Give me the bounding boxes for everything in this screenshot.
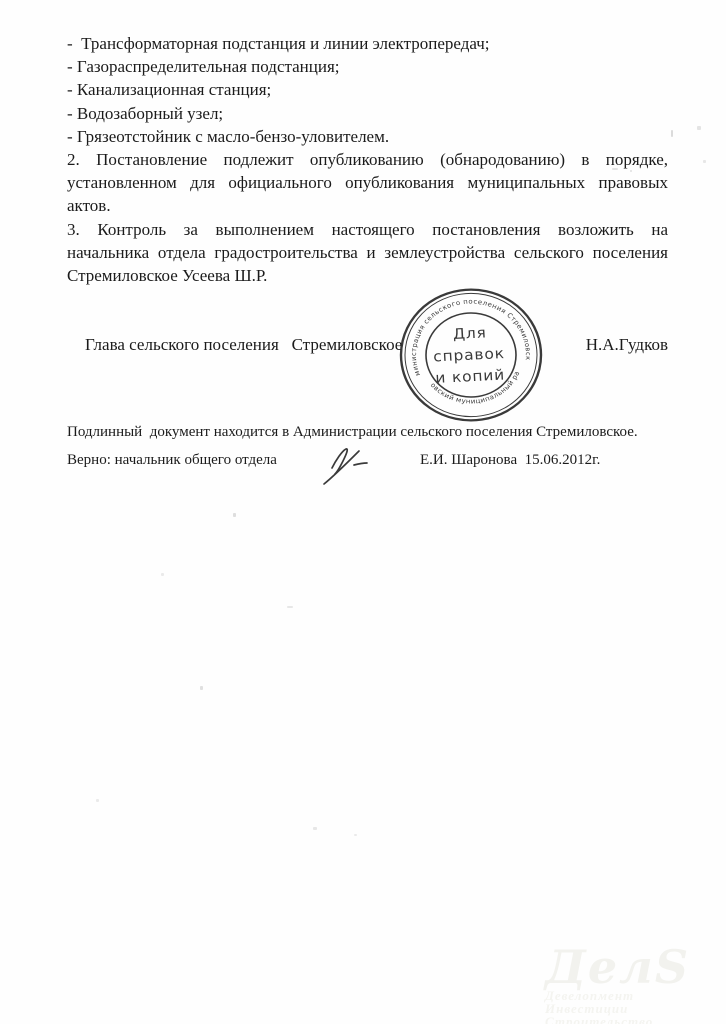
scan-speck [233, 513, 236, 517]
clause3-line2: начальника отдела градостроительства и з… [67, 241, 668, 264]
watermark: ДелS Девелопмент Инвестиции Строительств… [545, 945, 726, 1024]
list-item-sump: - Грязеотстойник с масло-бензо-уловителе… [67, 125, 668, 148]
document-body: - Трансформаторная подстанция и линии эл… [67, 32, 668, 287]
stamp-center-line3: и копий [435, 366, 506, 387]
scan-speck [313, 827, 317, 830]
signatory-title: Глава сельского поселения Стремиловское [67, 335, 402, 355]
scan-speck [703, 160, 706, 163]
signatory-name: Н.А.Гудков [586, 335, 668, 355]
scan-speck [612, 168, 618, 170]
certifier-title: Верно: начальник общего отдела [67, 452, 277, 468]
scan-speck [287, 606, 293, 608]
scan-speck [200, 686, 203, 690]
scan-speck [697, 126, 701, 130]
watermark-line3: Строительство [545, 1015, 726, 1024]
stamp-center-line2: справок [433, 345, 505, 366]
official-round-stamp-icon: Администрация сельского поселения Стреми… [396, 285, 546, 425]
scan-speck [161, 573, 164, 576]
list-item-gas: - Газораспределительная подстанция; [67, 55, 668, 78]
clause3-line3: Стремиловское Усеева Ш.Р. [67, 264, 668, 287]
watermark-line1: Девелопмент [545, 989, 726, 1002]
scan-speck [96, 799, 99, 802]
clause2-line2: установленном для официального опубликов… [67, 171, 668, 194]
certifier-name-date: Е.И. Шаронова 15.06.2012г. [420, 449, 600, 471]
watermark-line2: Инвестиции [545, 1002, 726, 1015]
scan-speck [671, 130, 673, 137]
clause3-line1: 3. Контроль за выполнением настоящего по… [67, 218, 668, 241]
stamp-center-line1: Для [452, 324, 487, 343]
list-item-transformer: - Трансформаторная подстанция и линии эл… [67, 32, 668, 55]
list-item-water: - Водозаборный узел; [67, 102, 668, 125]
clause2-line1: 2. Постановление подлежит опубликованию … [67, 148, 668, 171]
list-item-sewage: - Канализационная станция; [67, 78, 668, 101]
scanned-document-page: - Трансформаторная подстанция и линии эл… [0, 0, 726, 1024]
scan-speck [630, 170, 632, 172]
signature-row: Глава сельского поселения Стремиловское … [67, 335, 668, 355]
watermark-logo: ДелS [545, 945, 726, 989]
scan-speck [354, 834, 357, 836]
clause2-line3: актов. [67, 194, 668, 217]
handwritten-signature-icon [318, 438, 380, 490]
